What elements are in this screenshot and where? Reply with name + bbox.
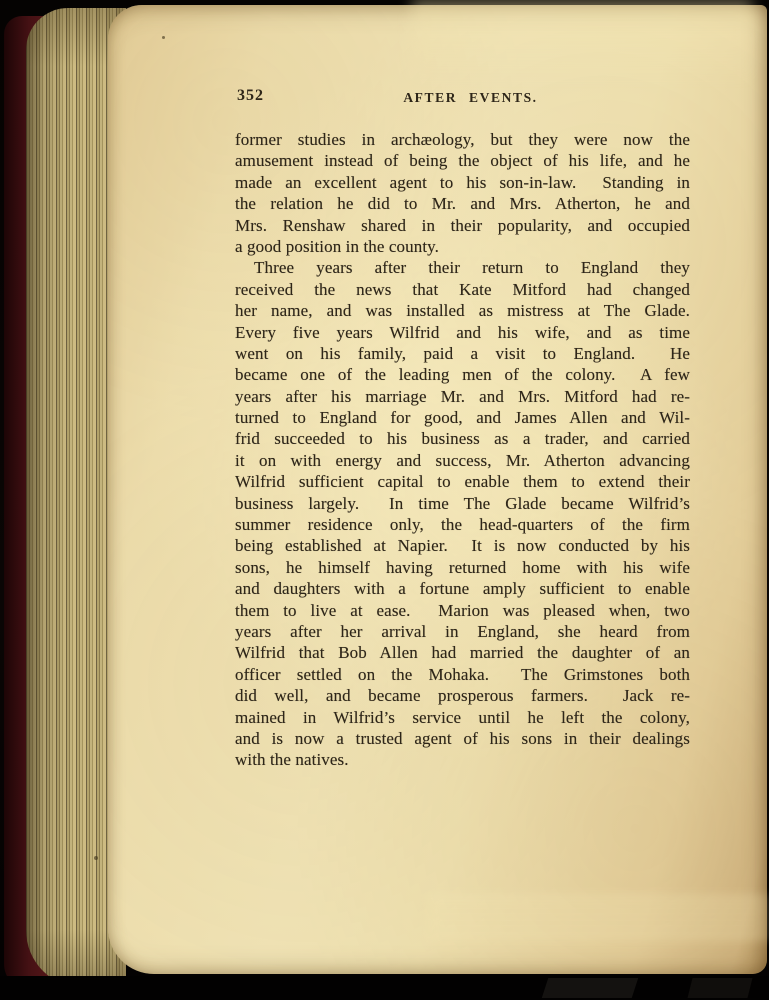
text-line: frid succeeded to his business as a trad… — [235, 428, 690, 449]
text-line: the relation he did to Mr. and Mrs. Athe… — [235, 193, 690, 214]
text-line: years after his marriage Mr. and Mrs. Mi… — [235, 386, 690, 407]
text-line: former studies in archæology, but they w… — [235, 129, 690, 150]
text-line: went on his family, paid a visit to Engl… — [235, 343, 690, 364]
text-line: a good position in the county. — [235, 236, 690, 257]
text-line: her name, and was installed as mistress … — [235, 300, 690, 321]
text-line: sons, he himself having returned home wi… — [235, 557, 690, 578]
scan-light-streak-bottom — [428, 896, 769, 942]
page-header: 352 AFTER EVENTS. — [235, 87, 690, 109]
paper-speck — [94, 856, 98, 860]
book-page: 352 AFTER EVENTS. former studies in arch… — [108, 5, 767, 974]
text-line: business largely. In time The Glade beca… — [235, 493, 690, 514]
text-line: being established at Napier. It is now c… — [235, 535, 690, 556]
running-header: AFTER EVENTS. — [243, 90, 698, 106]
text-line: amusement instead of being the object of… — [235, 150, 690, 171]
text-line: Every five years Wilfrid and his wife, a… — [235, 322, 690, 343]
text-line: officer settled on the Mohaka. The Grims… — [235, 664, 690, 685]
text-line: did well, and became prosperous farmers.… — [235, 685, 690, 706]
text-line: summer residence only, the head-quarters… — [235, 514, 690, 535]
paper-speck — [162, 36, 165, 39]
text-line: mained in Wilfrid’s service until he lef… — [235, 707, 690, 728]
text-line: made an excellent agent to his son-in-la… — [235, 172, 690, 193]
text-line: and is now a trusted agent of his sons i… — [235, 728, 690, 749]
text-line: Wilfrid that Bob Allen had married the d… — [235, 642, 690, 663]
text-line: with the natives. — [235, 749, 690, 770]
page-body: former studies in archæology, but they w… — [235, 129, 690, 771]
text-line: became one of the leading men of the col… — [235, 364, 690, 385]
page-content: 352 AFTER EVENTS. former studies in arch… — [235, 87, 690, 771]
text-line: and daughters with a fortune amply suffi… — [235, 578, 690, 599]
text-line: Wilfrid sufficient capital to enable the… — [235, 471, 690, 492]
table-edge — [0, 976, 769, 1000]
text-line: turned to England for good, and James Al… — [235, 407, 690, 428]
text-line: Mrs. Renshaw shared in their popularity,… — [235, 215, 690, 236]
text-line: them to live at ease. Marion was pleased… — [235, 600, 690, 621]
text-line: years after her arrival in England, she … — [235, 621, 690, 642]
scan-light-streak-top — [412, 0, 752, 82]
text-line: received the news that Kate Mitford had … — [235, 279, 690, 300]
book-photo: 352 AFTER EVENTS. former studies in arch… — [0, 0, 769, 1000]
text-line: Three years after their return to Englan… — [235, 257, 690, 278]
text-line: it on with energy and success, Mr. Ather… — [235, 450, 690, 471]
